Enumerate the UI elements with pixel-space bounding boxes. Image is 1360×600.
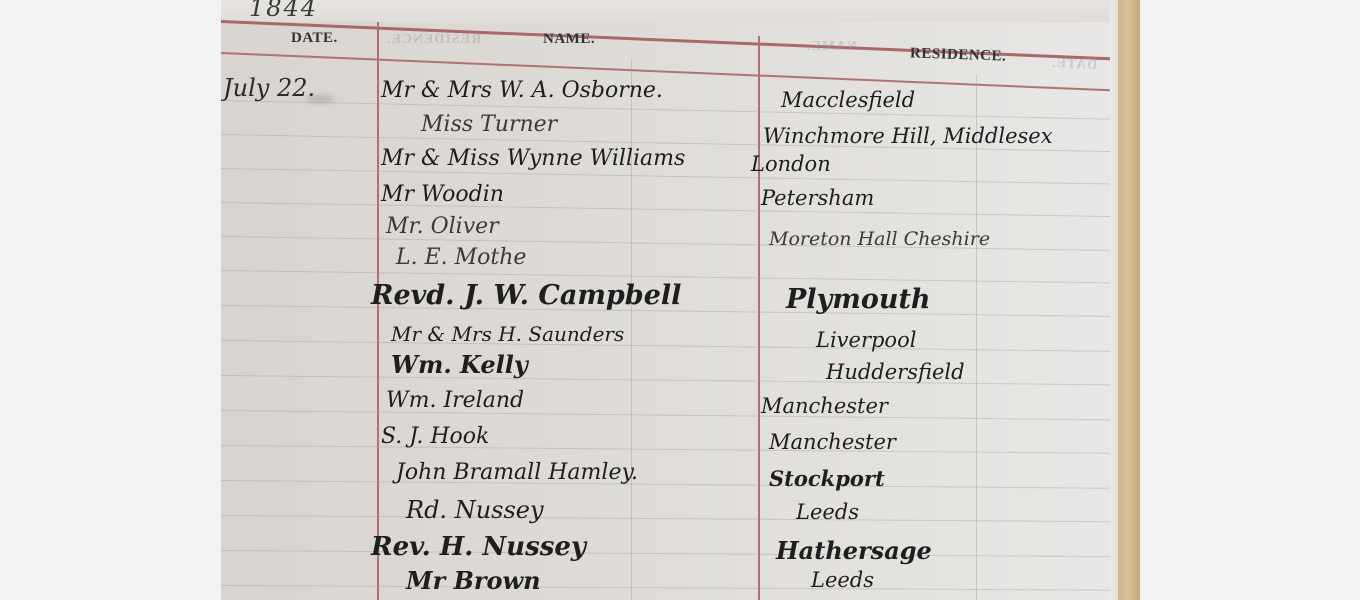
guest-name: S. J. Hook [381, 424, 489, 449]
show-through-residence: RESIDENCE. [386, 32, 481, 48]
guest-name: Mr & Miss Wynne Williams [381, 146, 685, 171]
entry-date: July 22. [223, 74, 315, 102]
guest-residence: Macclesfield [781, 88, 915, 112]
guest-residence: Liverpool [816, 328, 916, 352]
column-header-name: NAME. [543, 31, 595, 48]
book-edge [1118, 0, 1140, 600]
guest-residence: Leeds [796, 500, 859, 524]
guest-name: Mr & Mrs W. A. Osborne. [381, 78, 663, 103]
ink-smudge [306, 95, 334, 103]
guest-name: Mr Brown [406, 566, 541, 595]
guest-residence: Petersham [761, 186, 874, 210]
guest-name: Mr. Oliver [386, 214, 499, 239]
guest-name: Rev. H. Nussey [371, 532, 586, 562]
show-through-date: DATE. [1051, 56, 1098, 74]
guest-residence: Hathersage [776, 536, 932, 565]
guest-name: Wm. Kelly [391, 350, 528, 379]
guest-residence: Stockport [769, 466, 885, 491]
name-residence-divider [758, 36, 760, 600]
guest-name: L. E. Mothe [396, 245, 526, 270]
register-page-photo: 1844 DATE. RESIDENCE. NAME. NAME. RESIDE… [221, 0, 1140, 600]
guest-residence: Manchester [769, 430, 896, 454]
guest-residence: Leeds [811, 568, 874, 592]
guest-residence: Moreton Hall Cheshire [769, 228, 990, 250]
page-top-margin [221, 0, 1140, 22]
guest-name: Rd. Nussey [406, 496, 544, 524]
guest-name: Revd. J. W. Campbell [371, 280, 681, 311]
guest-residence: Manchester [761, 394, 888, 418]
year-heading: 1844 [249, 0, 318, 22]
column-header-date: DATE. [291, 30, 338, 47]
guest-name: Miss Turner [421, 112, 557, 137]
guest-name: John Bramall Hamley. [396, 460, 638, 485]
guest-name: Mr Woodin [381, 182, 504, 207]
guest-residence: Winchmore Hill, Middlesex [763, 124, 1053, 148]
guest-name: Mr & Mrs H. Saunders [391, 322, 624, 346]
guest-name: Wm. Ireland [386, 388, 524, 413]
show-through-name: NAME. [806, 39, 857, 55]
date-name-divider [377, 22, 379, 600]
guest-residence: London [751, 152, 831, 176]
guest-residence: Huddersfield [826, 360, 965, 384]
column-header-residence: RESIDENCE. [910, 45, 1007, 65]
guest-residence: Plymouth [786, 284, 931, 315]
